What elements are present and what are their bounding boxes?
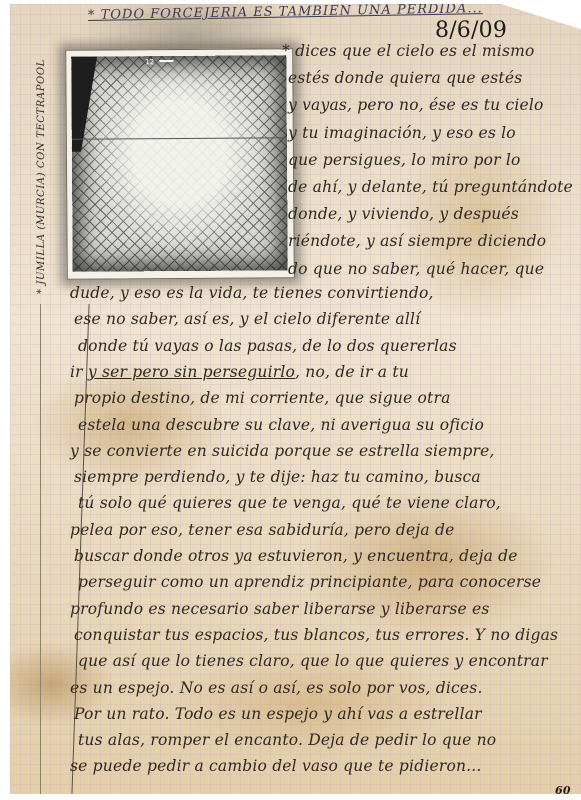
text-line: dude, y eso es la vida, te tienes convir… [70, 284, 434, 302]
journal-page: * todo forcejeria es también una pérdida… [10, 4, 581, 794]
text-line: buscar donde otros ya estuvieron, y encu… [74, 547, 518, 565]
text-line: y tu imaginación, y eso es lo [288, 124, 516, 142]
frame-number: 12 [145, 58, 154, 66]
text-line: y se convierte en suicida porque se estr… [70, 442, 495, 460]
text-line: * dices que el cielo es el mismo [282, 42, 535, 60]
text-line: ese no saber, así es, y el cielo diferen… [74, 310, 420, 328]
text-line: es un espejo. No es así o así, es solo p… [70, 679, 483, 697]
text-line: Por un rato. Todo es un espejo y ahí vas… [74, 705, 482, 723]
text-line: profundo es necesario saber liberarse y … [70, 600, 490, 618]
text-line: perseguir como un aprendiz principiante,… [78, 573, 541, 591]
text-line: y vayas, pero no, ése es tu cielo [288, 96, 544, 114]
text-line: tus alas, romper el encanto. Deja de ped… [78, 731, 496, 749]
text-line: que persigues, lo miro por lo [288, 151, 521, 169]
text-line: pelea por eso, tener esa sabiduría, pero… [70, 521, 454, 539]
page-number: 60 [555, 784, 571, 797]
underlined-phrase: y ser pero sin perseguirlo [88, 363, 295, 381]
margin-line [40, 304, 41, 794]
text-line: se puede pedir a cambio del vaso que te … [70, 757, 482, 775]
text-line: ir y ser pero sin perseguirlo, no, de ir… [70, 363, 409, 381]
text-line: siempre perdiendo, y te dije: haz tu cam… [74, 468, 481, 486]
text-line: de ahí, y delante, tú preguntándote [288, 178, 573, 196]
text-line: propio destino, de mi corriente, que sig… [74, 389, 451, 407]
text-line: estela una descubre su clave, ni averigu… [78, 416, 484, 434]
fence-pole [71, 57, 98, 152]
text-line: tú solo qué quieres que te venga, qué te… [78, 494, 501, 512]
header-note: * todo forcejeria es también una pérdida… [88, 1, 483, 23]
fence-photo: 12 [71, 55, 287, 271]
text-line: que así que lo tienes claro, que lo que … [78, 652, 548, 670]
text-line: riéndote, y así siempre diciendo [288, 232, 546, 250]
text-line: donde, y viviendo, y después [288, 205, 519, 223]
text-line: do que no saber, qué hacer, que [288, 260, 544, 278]
text-line: estés donde quiera que estés [288, 69, 522, 87]
fence-wire [72, 137, 287, 140]
text-line: donde tú vayas o las pasas, de lo dos qu… [78, 337, 457, 355]
text-line: conquistar tus espacios, tus blancos, tu… [74, 626, 558, 644]
frame-marker [159, 60, 173, 62]
side-note: * Jumilla (Murcia) con Tectrapool [36, 59, 47, 294]
pasted-photo: 12 [65, 48, 295, 280]
entry-date: 8/6/09 [435, 18, 507, 43]
